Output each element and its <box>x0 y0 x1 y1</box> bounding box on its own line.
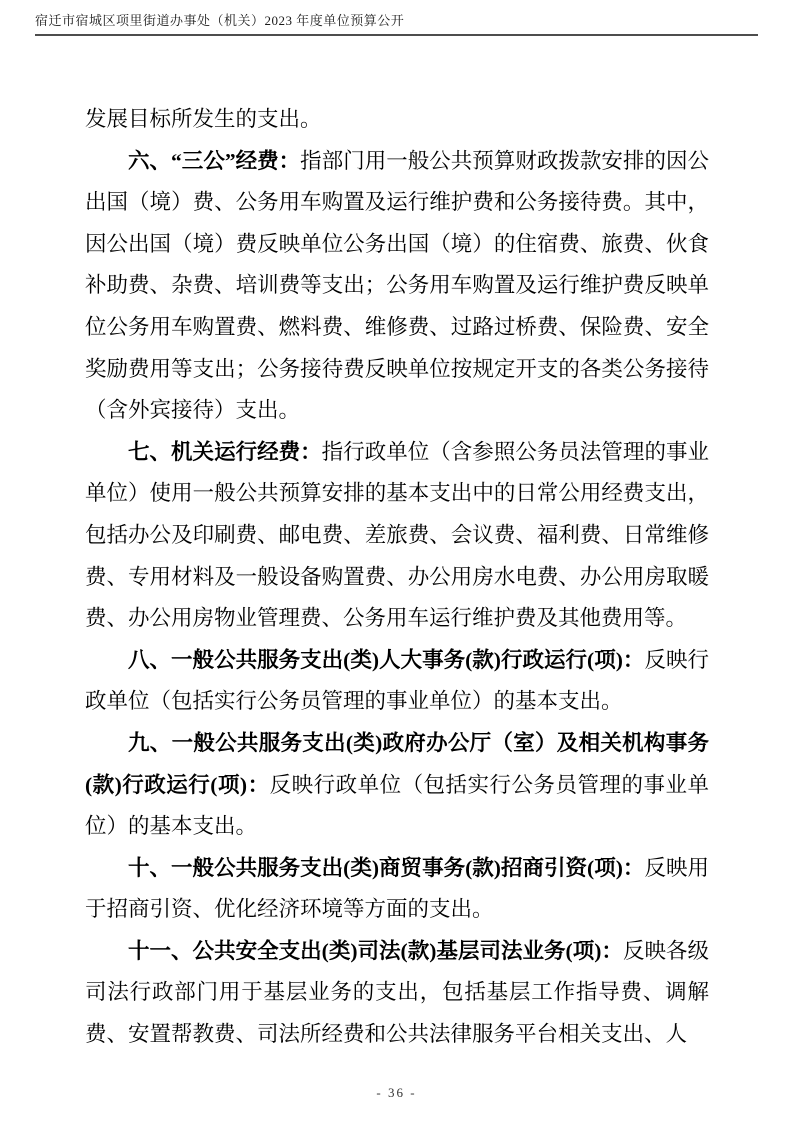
paragraph-section-10: 十、一般公共服务支出(类)商贸事务(款)招商引资(项)：反映用于招商引资、优化经… <box>85 848 709 931</box>
paragraph-lead: 七、机关运行经费： <box>128 440 322 464</box>
page-number: - 36 - <box>376 1085 416 1100</box>
paragraph-section-11: 十一、公共安全支出(类)司法(款)基层司法业务(项)：反映各级司法行政部门用于基… <box>85 931 709 1056</box>
page-header: 宿迁市宿城区项里街道办事处（机关）2023 年度单位预算公开 <box>35 10 758 36</box>
header-title: 宿迁市宿城区项里街道办事处（机关）2023 年度单位预算公开 <box>35 10 758 29</box>
paragraph-continuation: 发展目标所发生的支出。 <box>85 99 709 141</box>
paragraph-text: 指行政单位（含参照公务员法管理的事业单位）使用一般公共预算安排的基本支出中的日常… <box>85 440 709 630</box>
page-footer: - 36 - <box>0 1084 793 1102</box>
paragraph-section-7: 七、机关运行经费：指行政单位（含参照公务员法管理的事业单位）使用一般公共预算安排… <box>85 432 709 640</box>
paragraph-section-9: 九、一般公共服务支出(类)政府办公厅（室）及相关机构事务(款)行政运行(项)：反… <box>85 723 709 848</box>
paragraph-lead: 八、一般公共服务支出(类)人大事务(款)行政运行(项)： <box>128 648 644 672</box>
paragraph-text: 指部门用一般公共预算财政拨款安排的因公出国（境）费、公务用车购置及运行维护费和公… <box>85 149 709 423</box>
paragraph-lead: 十、一般公共服务支出(类)商贸事务(款)招商引资(项)： <box>128 856 644 880</box>
document-page: 宿迁市宿城区项里街道办事处（机关）2023 年度单位预算公开 发展目标所发生的支… <box>0 0 793 1122</box>
paragraph-section-6: 六、“三公”经费：指部门用一般公共预算财政拨款安排的因公出国（境）费、公务用车购… <box>85 141 709 432</box>
paragraph-lead: 六、“三公”经费： <box>128 149 300 173</box>
paragraph-text: 发展目标所发生的支出。 <box>85 107 322 131</box>
paragraph-lead: 十一、公共安全支出(类)司法(款)基层司法业务(项)： <box>128 939 623 963</box>
paragraph-section-8: 八、一般公共服务支出(类)人大事务(款)行政运行(项)：反映行政单位（包括实行公… <box>85 640 709 723</box>
document-body: 发展目标所发生的支出。 六、“三公”经费：指部门用一般公共预算财政拨款安排的因公… <box>85 99 709 1056</box>
